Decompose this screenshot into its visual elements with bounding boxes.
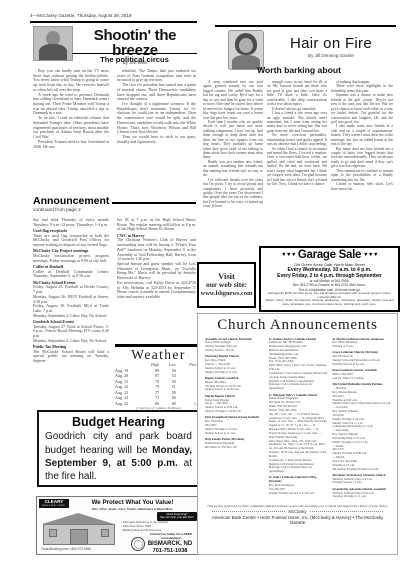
church-entry: First Evangelical Church of God, Denhoff… (205, 416, 264, 435)
paragraph: I lost a friend a few years ago over an … (267, 111, 327, 133)
church-entry: St. Francis Xavier's Catholic ChurchAnam… (269, 338, 328, 392)
jill-gackle-photo (228, 30, 264, 70)
church-name: Martin Baptist Church (205, 394, 235, 398)
announcement-col2: ber 10, at 7 p.m. in the High School Mus… (117, 218, 196, 343)
announcement-item-text: Friday, August 23: Football at Divide Co… (33, 285, 109, 318)
right-article-headline: Worth barking about (203, 66, 395, 75)
pennant-flags-icon: ▼▼▼ (281, 253, 296, 259)
paragraph: Buddy was just another new friend, an an… (203, 160, 263, 178)
cleary-bullets: • Strongest Structures in the Industry• … (121, 521, 193, 533)
weather-widget: Weather HighLowPrecip.Aug. 198956Aug. 20… (115, 344, 202, 410)
website-ad-url: www.bhgnews.com (199, 290, 254, 298)
paragraph: There were more highlights in the friend… (331, 84, 393, 93)
paragraph: A stray wandered into our yard again, gr… (203, 80, 263, 120)
cleary-web: ClearyBuilding.com • 800-373-5550 (41, 547, 91, 551)
announcement-item-text: McClusky construction project progress m… (33, 254, 109, 263)
weather-title: Weather (115, 347, 202, 363)
announcement-item-text: Tuesday, August 27: Back to School Picni… (33, 325, 109, 344)
paragraph: Canine or human, life's short. Let's hav… (331, 182, 393, 191)
announcement-item-text: ber 10, at 7 p.m. in the High School Mus… (117, 218, 196, 232)
newspaper-page: 4—McClusky Gazette, Thursday, August 29,… (0, 0, 400, 567)
church-announcements-section: Church Announcements Assembly of God Chu… (197, 313, 398, 555)
announcement-item-text: The McClusky School Board will hold a sp… (33, 350, 109, 364)
right-article-col1: A stray wandered into our yard again, gr… (203, 80, 263, 233)
church-entry: McClusky Baptist ChurchRev. Dave TimmChu… (205, 355, 264, 374)
church-col1: Assembly of God Church, McCluskyPastor B… (205, 338, 264, 501)
jim-wills-photo (33, 26, 73, 61)
left-article-col2: rebuffed. The Danes had just endured six… (117, 69, 196, 189)
garage-sale-items: Tables, chairs, desks, file cabinets, sh… (264, 299, 395, 307)
paragraph: I've thought of a nightmare scenario. If… (117, 102, 196, 135)
church-name: St. Margaret Mary's Catholic Church (269, 393, 317, 397)
church-footer-town-row: McClusky (212, 509, 383, 514)
paragraph: Boy, you can hardly turn on the TV news … (33, 69, 109, 93)
paragraph: They remind me to continue to remain ope… (331, 169, 393, 182)
cleary-subhead: RVs, ATVs, Boats, Cars, Trucks, Machiner… (71, 507, 194, 511)
church-entry: St. John's Lutheran Church (LCMS), McClu… (269, 476, 328, 495)
announcement-subtitle: continued from page 2 (33, 208, 81, 213)
barn-body-shape (43, 524, 115, 545)
paragraph: The race for president has turned into a… (117, 83, 196, 102)
announcement-rule (112, 202, 196, 204)
photo-torso-shape (39, 44, 67, 60)
paragraph: To be fair, I read an editorial column t… (33, 116, 109, 140)
church-entry: Martin Baptist ChurchPastor Dale Thacker… (205, 395, 264, 414)
garage-sale-title-row: ▼▼▼ Garage Sale ▼▼▼ (264, 250, 395, 262)
church-name: Grace Lutheran Church, McClusky (332, 350, 378, 354)
church-entry: Holy Family Parish, McCluskyFather Rober… (205, 438, 264, 449)
footer-divider-line (310, 511, 383, 512)
church-name: Assembly of God Church, McClusky (205, 338, 252, 341)
announcement-item: Used flag receptacleThere are used flag … (33, 229, 109, 248)
paragraph: Each time I wonder why we quickly decide… (203, 120, 263, 160)
announcement-item: Goodrich School EventsTuesday, August 27… (33, 320, 109, 344)
paragraph: Then we would have to stick to our guns,… (117, 135, 196, 144)
announcement-item: CWC in HarveyThe Christian Women's Club … (117, 234, 196, 300)
cleary-cta: Contact us today for a FREE consultation… (149, 533, 193, 540)
church-entry: Assembly of God Church, McCluskyPastor B… (205, 338, 264, 353)
paragraph: I also made some new friends in a club a… (331, 124, 393, 146)
announcement-item: McClusky School EventsFriday, August 23:… (33, 281, 109, 319)
church-entry: The United Methodist Church Parishes— Bo… (332, 383, 391, 471)
church-name: Baptist Church, Goodrich (205, 376, 238, 380)
right-article-col2: enough crazy in my head for all of us. M… (267, 80, 327, 233)
church-name: First Evangelical Church of God, Denhoff (205, 415, 259, 419)
header-rule-right (215, 25, 396, 27)
footer-divider-line (212, 511, 285, 512)
page-header: 4—McClusky Gazette, Thursday, August 29,… (30, 13, 131, 18)
announcement-item-text: day and third Thursday of every month; T… (33, 218, 109, 227)
garage-sale-ad: ▼▼▼ Garage Sale ▼▼▼ Old Green Acres Cafe… (259, 246, 400, 312)
paragraph: Summer was a chance to make new friends … (331, 93, 393, 124)
left-article-col1: Boy, you can hardly turn on the TV news … (33, 69, 109, 191)
paragraph: No more vivacious personality, entertain… (267, 133, 327, 146)
paragraph: enough crazy in my head for all of us. M… (267, 80, 327, 107)
announcement-item: Coffee at DenhoffCoffee at Denhoff Commu… (33, 265, 109, 279)
paragraph: But many days my best friends are a coup… (331, 147, 393, 169)
budget-hearing-title: Budget Hearing (45, 415, 192, 429)
budget-hearing-body: Goodrich city and park board budget hear… (45, 430, 192, 483)
church-entry: McClusky Seventh-day Adventist ChurchSat… (332, 474, 391, 485)
announcement-item-text: There are used flag receptacles in both … (33, 234, 109, 248)
announcement-item: Public Tax MeetingThe McClusky School Bo… (33, 345, 109, 364)
paragraph: I've collected friends over the years bu… (203, 178, 263, 209)
cleary-logo: CLEARY BUILDING CORP. (39, 499, 69, 508)
paragraph: President Truman tried to buy Greenland … (33, 140, 109, 149)
left-column-title: Shootin' the breeze (74, 28, 196, 58)
church-name: St. Francis Xavier's Catholic Church (269, 338, 316, 341)
cleary-brand: CLEARY (45, 499, 64, 504)
budget-hearing-box: Budget Hearing Goodrich city and park bo… (37, 410, 200, 487)
church-entry: Baptist Church, GoodrichPhone: 363-2004W… (205, 377, 264, 392)
barn-window-shape (101, 529, 109, 537)
announcement-item-text: The Christian Women's Club of Harvey and… (117, 238, 196, 299)
weather-table-body: HighLowPrecip.Aug. 198956Aug. 208754Aug.… (115, 362, 202, 406)
cleary-ad: CLEARY BUILDING CORP. We Protect What Yo… (36, 496, 198, 555)
cleary-building-illustration (42, 513, 115, 545)
paragraph: A week ago he tried to pressure Denmark … (33, 93, 109, 117)
paragraph: So when I had a chance to reconnect and … (267, 147, 327, 187)
announcement-item: McClusky City Project meetingsMcClusky c… (33, 249, 109, 263)
right-column-byline: By Jill Denning Gackle (272, 53, 390, 58)
church-name: St. Martin Lutheran Church, Anamoose (332, 338, 383, 341)
church-col2: St. Francis Xavier's Catholic ChurchAnam… (269, 338, 328, 501)
church-name: The United Methodist Church Parishes (332, 382, 382, 386)
church-name: St. John's Lutheran Church (LCMS), McClu… (269, 475, 317, 483)
left-masthead-rule (72, 53, 197, 54)
church-title: Church Announcements (198, 317, 397, 334)
right-article-col3: of making that happen.There were more hi… (331, 80, 393, 230)
church-sponsor-text: This section sponsored by these communit… (204, 504, 391, 508)
church-name: McClusky Baptist Church (205, 354, 239, 358)
cleary-headline: We Protect What You Value! (71, 500, 194, 506)
announcement-item-text: Coffee at Denhoff Community Center, Thur… (33, 270, 109, 279)
cleary-brand-sub: BUILDING CORP. (39, 505, 69, 507)
church-entry: Grace Lutheran Church, McClusky402 4th S… (332, 351, 391, 366)
church-name: Seventh-Day Adventist Church, Goodrich (332, 487, 385, 491)
church-col3: St. Martin Lutheran Church, AnamooseRev.… (332, 338, 391, 501)
left-article-headline: The political circus (72, 56, 197, 64)
announcement-item: day and third Thursday of every month; T… (33, 218, 109, 227)
website-ad: Visit our web site: www.bhgnews.com (197, 262, 256, 308)
church-sponsor-businesses: American Bank Center • Hertz Funeral Hom… (204, 515, 391, 525)
announcement-col1: day and third Thursday of every month; T… (33, 218, 109, 402)
garage-sale-title: Garage Sale (298, 250, 361, 262)
photo-face-shape (239, 38, 253, 53)
header-rule-left (30, 21, 197, 23)
church-name: Peace Lutheran Church, Goodrich (332, 368, 376, 372)
church-entry: St. Margaret Mary's Catholic ChurchFathe… (269, 394, 328, 474)
announcement-title: Announcement (33, 196, 109, 207)
right-column-title: Hair on Fire (272, 36, 390, 51)
cleary-phone: 701-751-1038 (145, 548, 195, 554)
church-entry: St. Martin Lutheran Church, AnamooseRev.… (332, 338, 391, 349)
cleary-seal-icon (131, 537, 145, 551)
church-entry: Peace Lutheran Church, GoodrichOffice: 3… (332, 369, 391, 380)
cleary-contact: BISMARCK, ND 701-751-1038 (145, 541, 195, 554)
church-columns: Assembly of God Church, McCluskyPastor B… (205, 338, 391, 501)
announcement-item: ber 10, at 7 p.m. in the High School Mus… (117, 218, 196, 232)
church-footer: This section sponsored by these communit… (204, 504, 391, 525)
barn-door-shape (70, 529, 88, 545)
church-entry: Seventh-Day Adventist Church, GoodrichSa… (332, 488, 391, 499)
announcement-header: Announcement (33, 196, 196, 207)
cleary-city: BISMARCK, ND (145, 541, 195, 548)
weather-table: HighLowPrecip.Aug. 198956Aug. 208754Aug.… (115, 362, 202, 406)
church-footer-town: McClusky (288, 509, 306, 514)
church-name: Holy Family Parish, McClusky (205, 437, 245, 441)
barn-window-shape (49, 529, 57, 537)
paragraph: rebuffed. The Danes had just endured six… (117, 69, 196, 83)
church-name: McClusky Seventh-day Adventist Church (332, 473, 385, 477)
right-masthead: Hair on Fire By Jill Denning Gackle (272, 36, 390, 58)
pennant-flags-icon: ▼▼▼ (363, 253, 378, 259)
barn-roof-shape (42, 513, 114, 524)
website-ad-line2: our web site: (199, 281, 254, 290)
